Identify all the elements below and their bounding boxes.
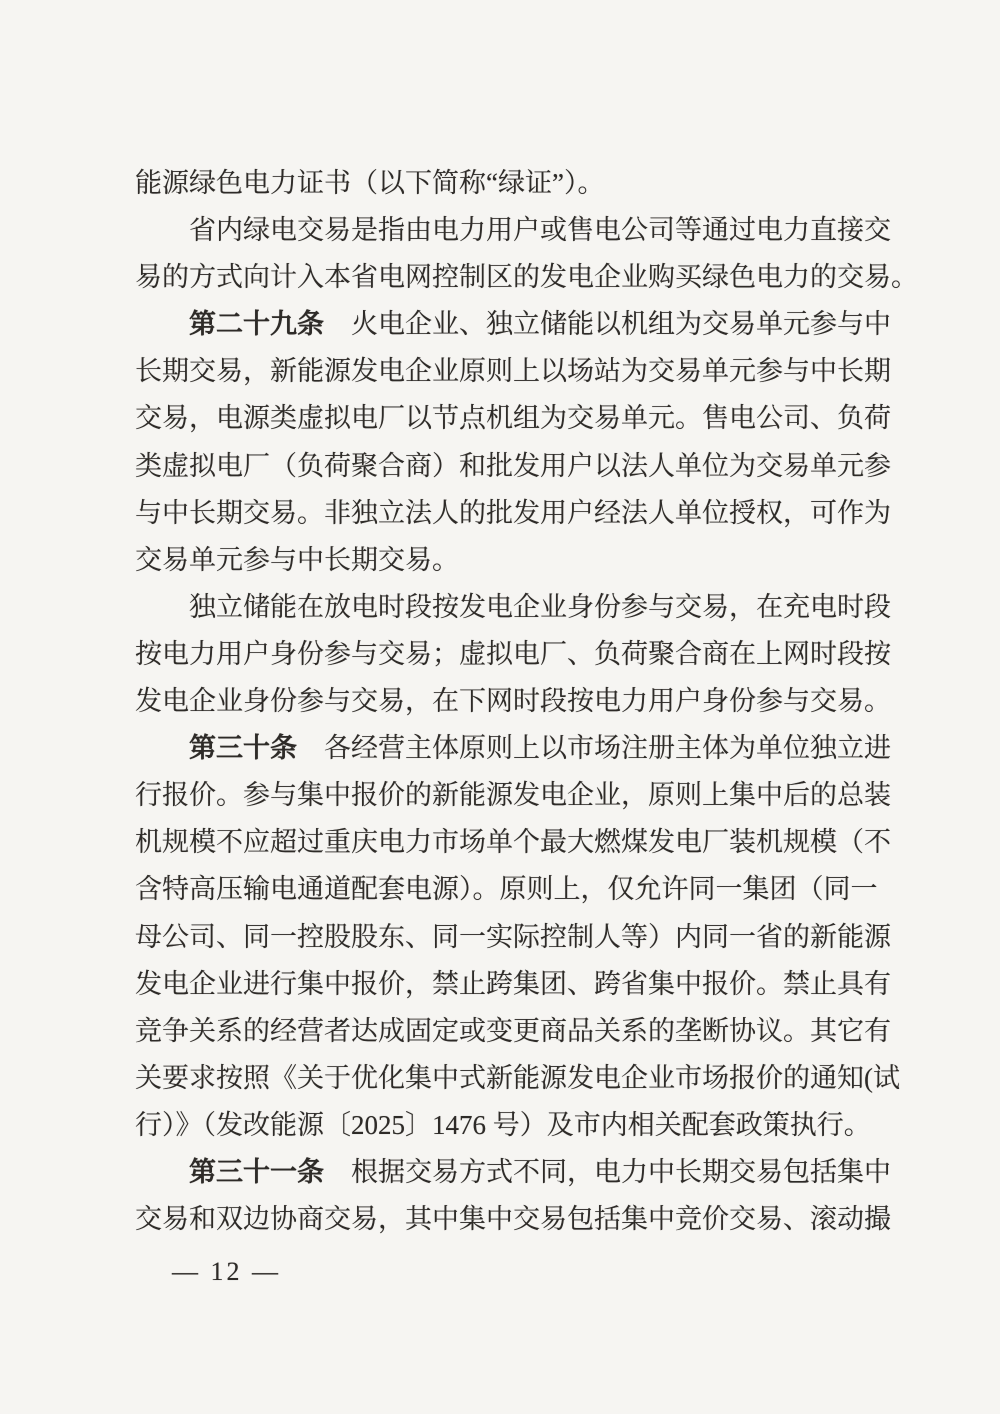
text-segment: 类虚拟电厂（负荷聚合商）和批发用户以法人单位为交易单元参 xyxy=(135,451,891,481)
text-line: 独立储能在放电时段按发电企业身份参与交易，在充电时段 xyxy=(135,584,915,631)
text-segment: 火电企业、独立储能以机组为交易单元参与中 xyxy=(324,309,891,339)
text-segment: 发电企业身份参与交易，在下网时段按电力用户身份参与交易。 xyxy=(135,686,891,716)
text-segment: 与中长期交易。非独立法人的批发用户经法人单位授权，可作为 xyxy=(135,498,891,528)
text-line: 交易和双边协商交易，其中集中交易包括集中竞价交易、滚动撮 xyxy=(135,1196,915,1243)
text-segment: 易的方式向计入本省电网控制区的发电企业购买绿色电力的交易。 xyxy=(135,262,918,292)
text-line: 易的方式向计入本省电网控制区的发电企业购买绿色电力的交易。 xyxy=(135,254,915,301)
text-segment: 行报价。参与集中报价的新能源发电企业，原则上集中后的总装 xyxy=(135,780,891,810)
text-segment: 含特高压输电通道配套电源）。原则上，仅允许同一集团（同一 xyxy=(135,874,878,904)
text-line: 交易，电源类虚拟电厂以节点机组为交易单元。售电公司、负荷 xyxy=(135,395,915,442)
text-line: 发电企业身份参与交易，在下网时段按电力用户身份参与交易。 xyxy=(135,678,915,725)
text-line: 第三十一条 根据交易方式不同，电力中长期交易包括集中 xyxy=(135,1149,915,1196)
text-line: 关要求按照《关于优化集中式新能源发电企业市场报价的通知(试 xyxy=(135,1055,915,1102)
text-line: 能源绿色电力证书（以下简称“绿证”）。 xyxy=(135,160,915,207)
text-segment: 发电企业进行集中报价，禁止跨集团、跨省集中报价。禁止具有 xyxy=(135,969,891,999)
text-segment: 各经营主体原则上以市场注册主体为单位独立进 xyxy=(297,733,891,763)
page-number: — 12 — xyxy=(172,1252,281,1292)
text-line: 按电力用户身份参与交易；虚拟电厂、负荷聚合商在上网时段按 xyxy=(135,631,915,678)
text-line: 长期交易，新能源发电企业原则上以场站为交易单元参与中长期 xyxy=(135,348,915,395)
text-segment: 独立储能在放电时段按发电企业身份参与交易，在充电时段 xyxy=(189,592,891,622)
text-line: 省内绿电交易是指由电力用户或售电公司等通过电力直接交 xyxy=(135,207,915,254)
text-line: 行报价。参与集中报价的新能源发电企业，原则上集中后的总装 xyxy=(135,772,915,819)
text-line: 竞争关系的经营者达成固定或变更商品关系的垄断协议。其它有 xyxy=(135,1008,915,1055)
text-line: 与中长期交易。非独立法人的批发用户经法人单位授权，可作为 xyxy=(135,490,915,537)
document-text-block: 能源绿色电力证书（以下简称“绿证”）。省内绿电交易是指由电力用户或售电公司等通过… xyxy=(135,160,915,1243)
text-segment: 长期交易，新能源发电企业原则上以场站为交易单元参与中长期 xyxy=(135,356,891,386)
text-line: 含特高压输电通道配套电源）。原则上，仅允许同一集团（同一 xyxy=(135,866,915,913)
text-segment: 行）》（发改能源〔2025〕1476 号）及市内相关配套政策执行。 xyxy=(135,1110,871,1140)
text-segment: 关要求按照《关于优化集中式新能源发电企业市场报价的通知(试 xyxy=(135,1063,900,1093)
text-line: 发电企业进行集中报价，禁止跨集团、跨省集中报价。禁止具有 xyxy=(135,961,915,1008)
text-segment: 母公司、同一控股股东、同一实际控制人等）内同一省的新能源 xyxy=(135,922,891,952)
text-segment: 根据交易方式不同，电力中长期交易包括集中 xyxy=(324,1157,891,1187)
text-segment: 机规模不应超过重庆电力市场单个最大燃煤发电厂装机规模（不 xyxy=(135,827,891,857)
text-line: 行）》（发改能源〔2025〕1476 号）及市内相关配套政策执行。 xyxy=(135,1102,915,1149)
article-number: 第三十一条 xyxy=(189,1157,324,1187)
text-line: 第三十条 各经营主体原则上以市场注册主体为单位独立进 xyxy=(135,725,915,772)
text-segment: 交易和双边协商交易，其中集中交易包括集中竞价交易、滚动撮 xyxy=(135,1204,891,1234)
text-segment: 竞争关系的经营者达成固定或变更商品关系的垄断协议。其它有 xyxy=(135,1016,891,1046)
article-number: 第三十条 xyxy=(189,733,297,763)
text-segment: 按电力用户身份参与交易；虚拟电厂、负荷聚合商在上网时段按 xyxy=(135,639,891,669)
document-page: 能源绿色电力证书（以下简称“绿证”）。省内绿电交易是指由电力用户或售电公司等通过… xyxy=(0,0,1000,1414)
article-number: 第二十九条 xyxy=(189,309,324,339)
text-line: 机规模不应超过重庆电力市场单个最大燃煤发电厂装机规模（不 xyxy=(135,819,915,866)
text-segment: 能源绿色电力证书（以下简称“绿证”）。 xyxy=(135,168,604,198)
text-segment: 交易，电源类虚拟电厂以节点机组为交易单元。售电公司、负荷 xyxy=(135,403,891,433)
text-segment: 省内绿电交易是指由电力用户或售电公司等通过电力直接交 xyxy=(189,215,891,245)
text-segment: 交易单元参与中长期交易。 xyxy=(135,545,459,575)
text-line: 类虚拟电厂（负荷聚合商）和批发用户以法人单位为交易单元参 xyxy=(135,443,915,490)
text-line: 交易单元参与中长期交易。 xyxy=(135,537,915,584)
text-line: 母公司、同一控股股东、同一实际控制人等）内同一省的新能源 xyxy=(135,914,915,961)
text-line: 第二十九条 火电企业、独立储能以机组为交易单元参与中 xyxy=(135,301,915,348)
